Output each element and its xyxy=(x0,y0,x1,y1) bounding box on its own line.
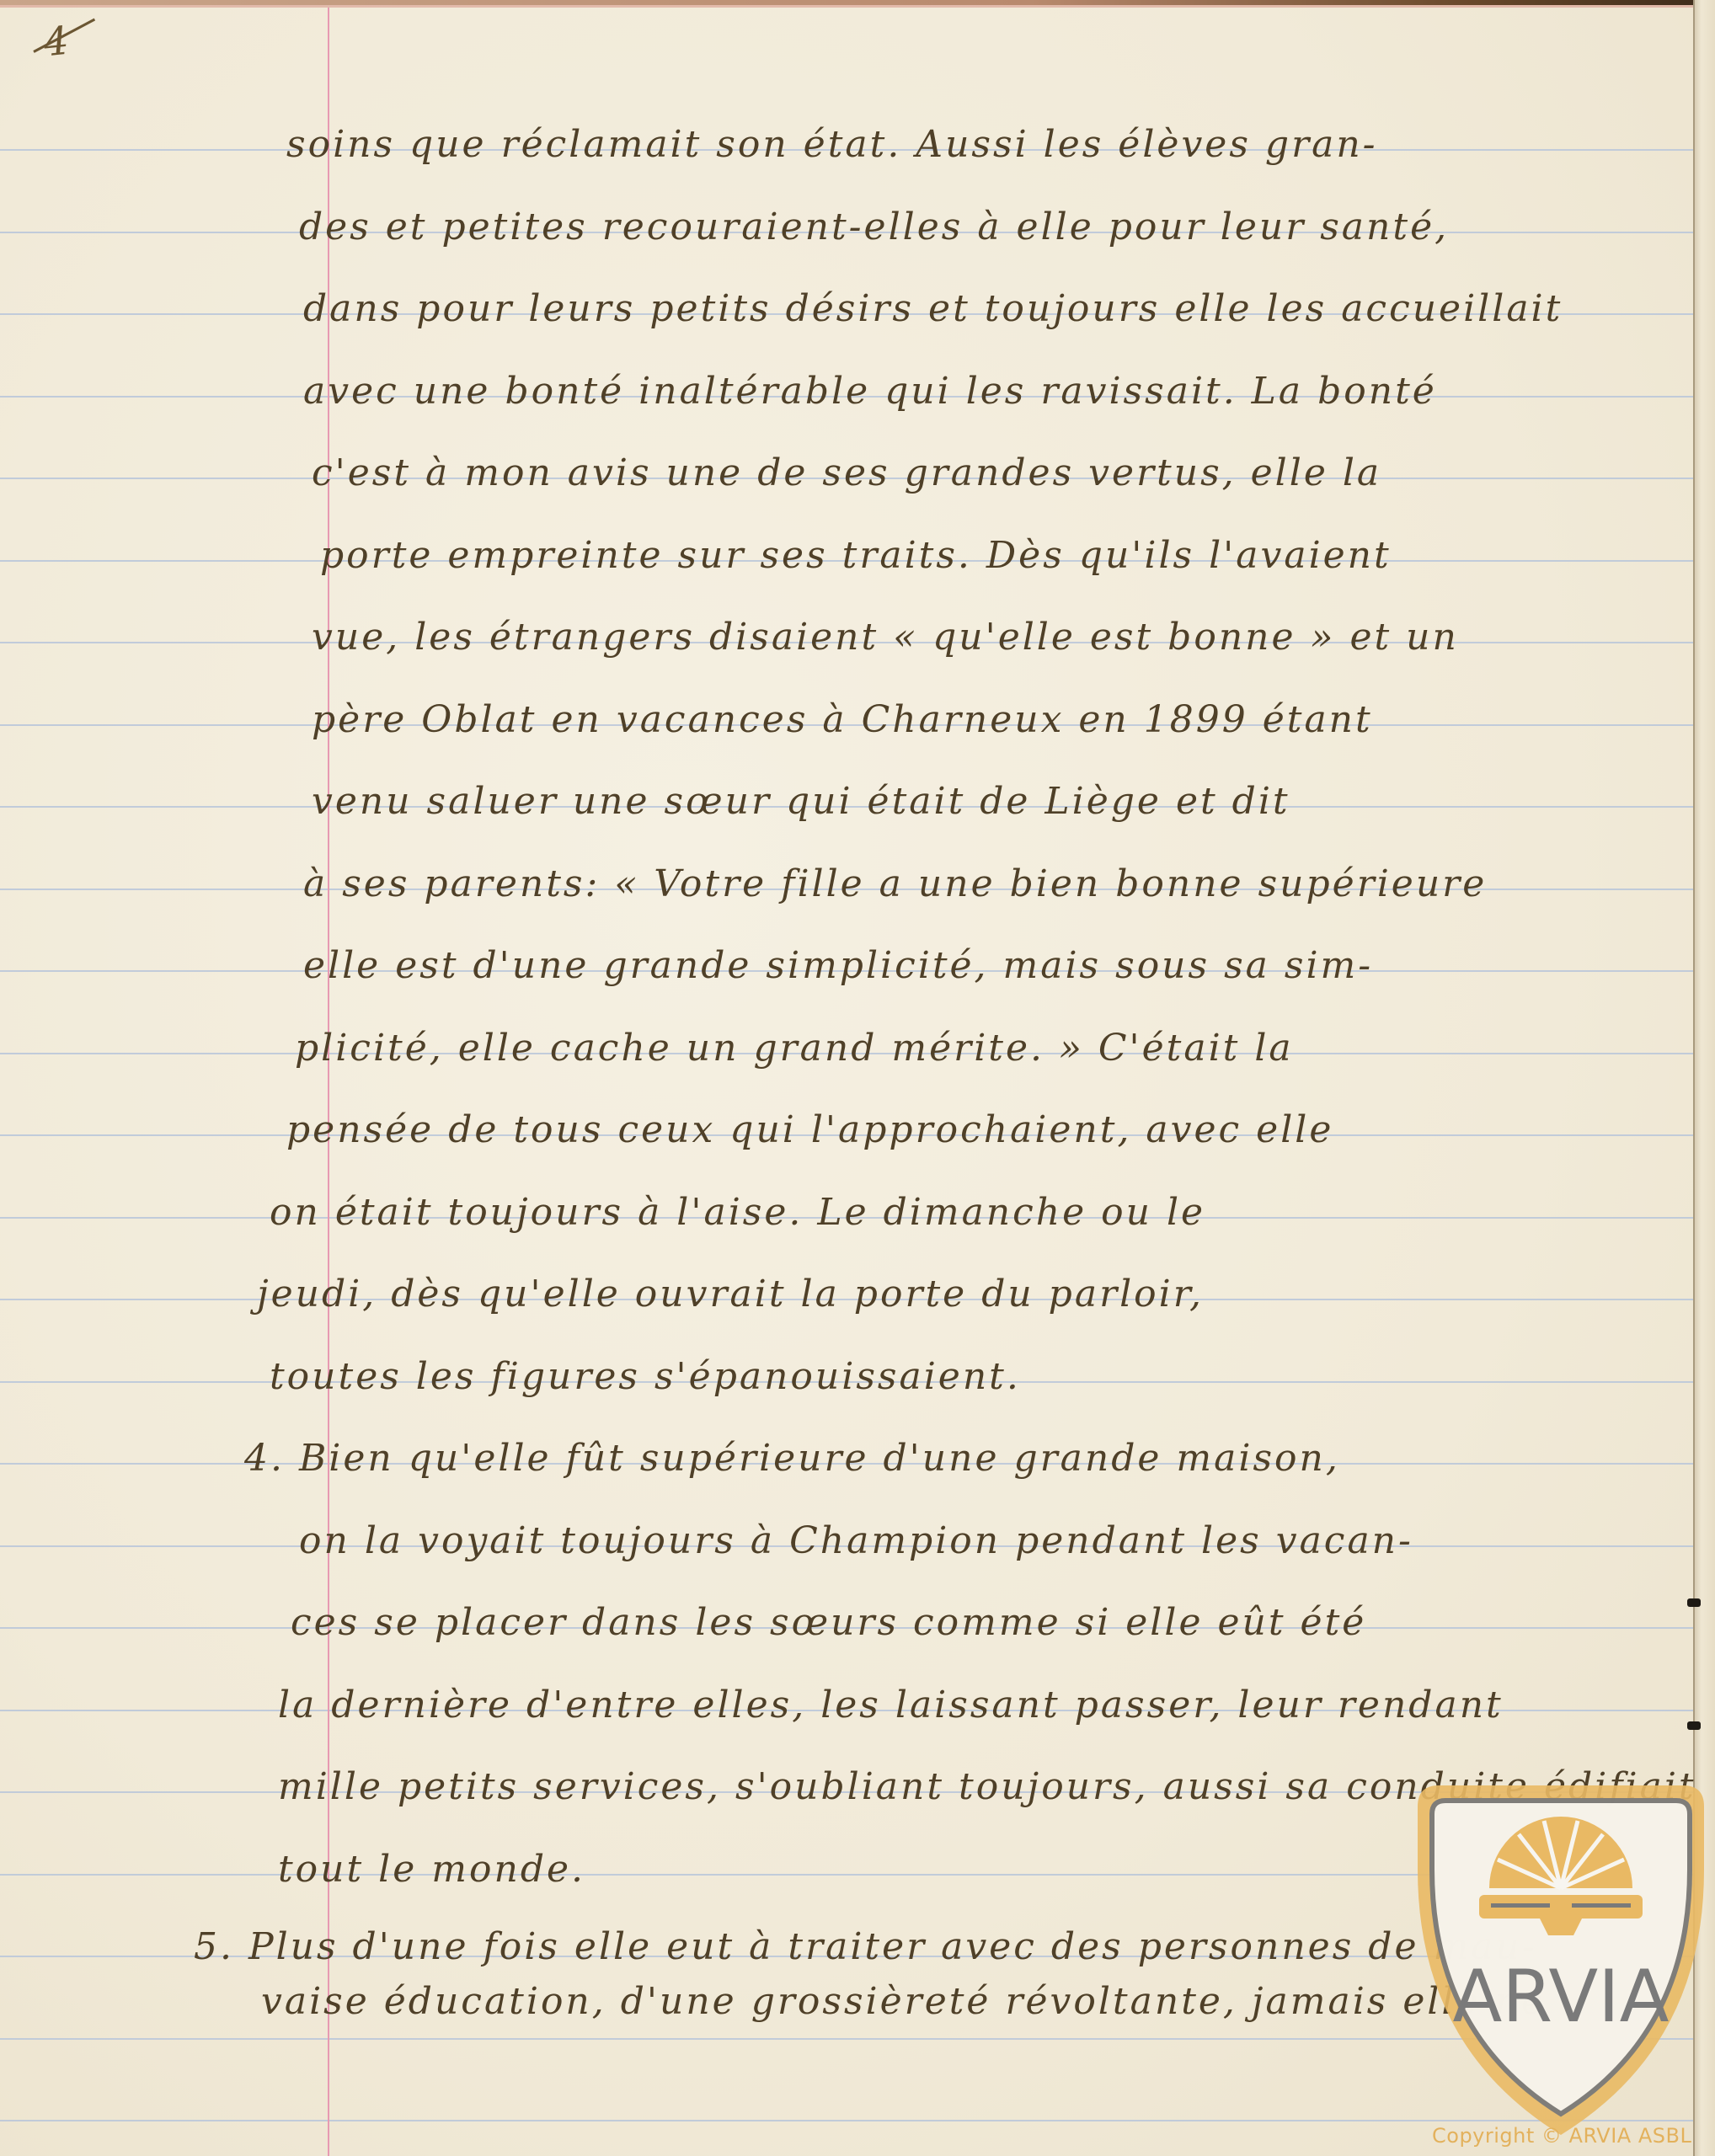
text-line: vue, les étrangers disaient « qu'elle es… xyxy=(312,619,1459,656)
text-line: toutes les figures s'épanouissaient. xyxy=(270,1358,1021,1396)
copyright-notice: Copyright © ARVIA ASBL xyxy=(1432,2124,1691,2148)
page-top-edge xyxy=(0,5,1715,8)
text-line: on la voyait toujours à Champion pendant… xyxy=(299,1523,1413,1560)
text-line: vaise éducation, d'une grossièreté révol… xyxy=(261,1983,1546,2020)
text-line: elle est d'une grande simplicité, mais s… xyxy=(303,947,1373,985)
text-line: porte empreinte sur ses traits. Dès qu'i… xyxy=(320,537,1392,574)
text-line: on était toujours à l'aise. Le dimanche … xyxy=(270,1194,1205,1231)
text-line: ces se placer dans les sœurs comme si el… xyxy=(291,1604,1366,1641)
text-line: c'est à mon avis une de ses grandes vert… xyxy=(312,455,1381,492)
text-line: pensée de tous ceux qui l'approchaient, … xyxy=(286,1112,1333,1149)
manuscript-page: 4 soins que réclamait son état. Aussi le… xyxy=(0,0,1715,2156)
text-line: 4. Bien qu'elle fût supérieure d'une gra… xyxy=(244,1440,1340,1477)
text-line: des et petites recouraient-elles à elle … xyxy=(299,209,1449,246)
logo-text: ARVIA xyxy=(1453,1955,1670,2039)
text-line: tout le monde. xyxy=(278,1851,585,1888)
binding-stitch-icon xyxy=(1687,1721,1701,1730)
arvia-watermark-logo: ARVIA xyxy=(1413,1769,1708,2139)
text-line: 5. Plus d'une fois elle eut à traiter av… xyxy=(194,1929,1537,1966)
text-line: plicité, elle cache un grand mérite. » C… xyxy=(295,1030,1294,1067)
text-line: jeudi, dès qu'elle ouvrait la porte du p… xyxy=(257,1276,1204,1313)
text-line: dans pour leurs petits désirs et toujour… xyxy=(303,291,1563,328)
text-line: à ses parents: « Votre fille a une bien … xyxy=(303,866,1487,903)
text-line: soins que réclamait son état. Aussi les … xyxy=(286,126,1378,163)
text-line: venu saluer une sœur qui était de Liège … xyxy=(312,783,1290,820)
text-line: la dernière d'entre elles, les laissant … xyxy=(278,1687,1504,1724)
binding-stitch-icon xyxy=(1687,1598,1701,1607)
text-line: père Oblat en vacances à Charneux en 189… xyxy=(312,702,1373,739)
text-line: avec une bonté inaltérable qui les ravis… xyxy=(303,373,1437,410)
